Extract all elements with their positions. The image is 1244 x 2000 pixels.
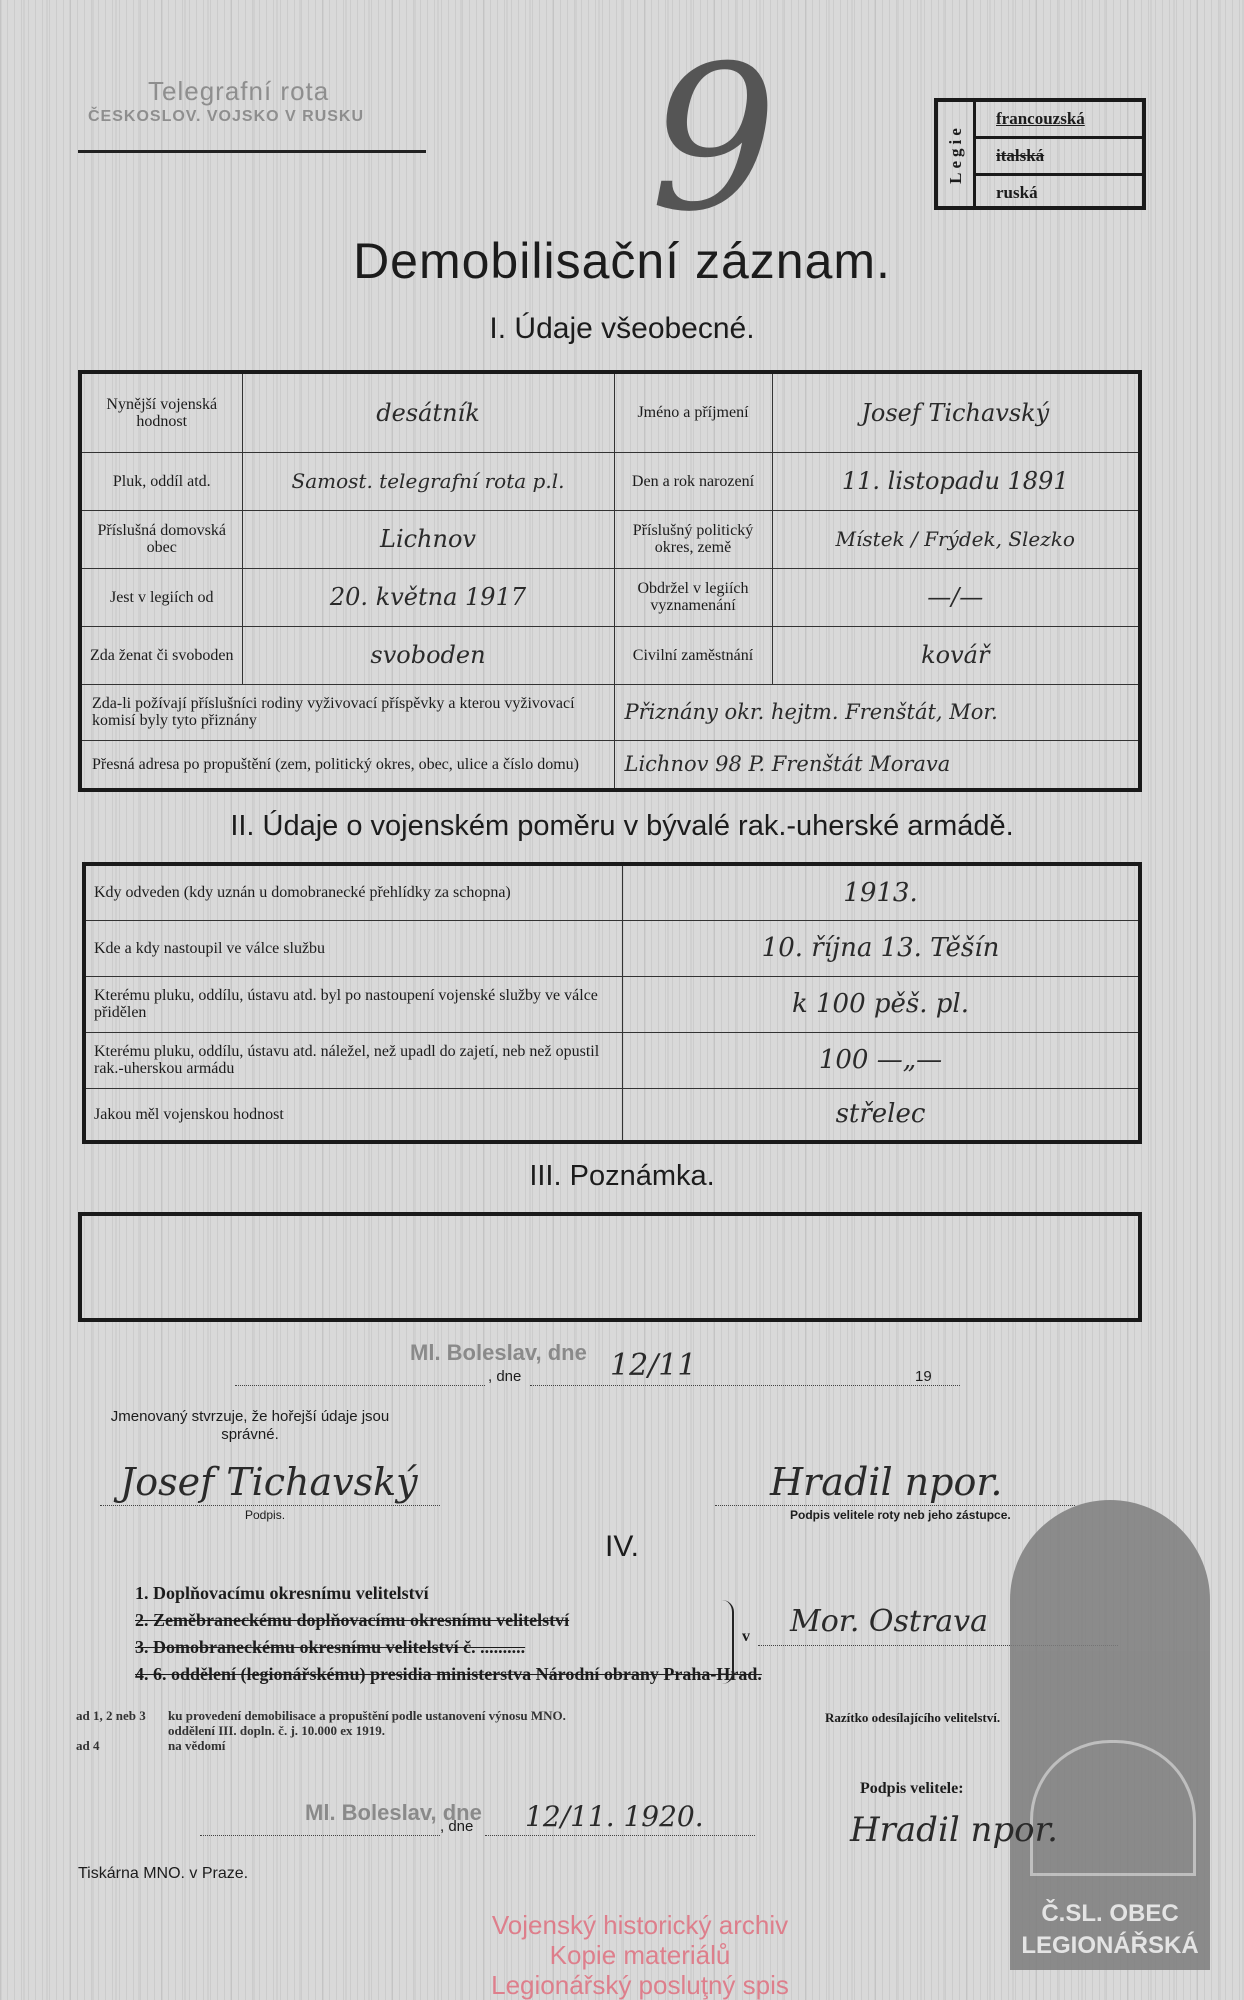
table-row: Příslušná domovská obec Lichnov Příslušn…	[80, 510, 1140, 568]
archive-line3: Legionářský posluţný spis	[380, 1970, 900, 2000]
last-unit-value: 100 —„—	[623, 1032, 1141, 1088]
note-box	[78, 1212, 1142, 1322]
table-row: Kterému pluku, oddílu, ústavu atd. nálež…	[84, 1032, 1140, 1088]
final-commander-signature: Hradil npor.	[850, 1810, 1058, 1850]
archive-line1: Vojenský historický archiv	[380, 1910, 900, 1940]
home-municipality-label: Příslušná domovská obec	[80, 510, 242, 568]
year-prefix: 19	[915, 1368, 932, 1385]
occupation-value: kovář	[772, 626, 1140, 684]
place-line	[235, 1385, 485, 1386]
marital-value: svoboden	[242, 626, 614, 684]
date-prefix: , dne	[488, 1368, 521, 1385]
commander-label: Podpis velitele:	[860, 1780, 964, 1798]
footnote-ad4: ad 4	[76, 1738, 168, 1753]
section1-heading: I. Údaje všeobecné.	[0, 312, 1244, 346]
table-row: Kterému pluku, oddílu, ústavu atd. byl p…	[84, 976, 1140, 1032]
table-row: Kdy odveden (kdy uznán u domobranecké př…	[84, 864, 1140, 920]
district-value: Místek / Frýdek, Slezko	[772, 510, 1140, 568]
archive-line2: Kopie materiálů	[380, 1940, 900, 1970]
service-start-value: 10. října 13. Těšín	[623, 920, 1141, 976]
table-row: Jakou měl vojenskou hodnost střelec	[84, 1088, 1140, 1142]
rank-value: desátník	[242, 372, 614, 452]
signature-line	[100, 1505, 440, 1506]
final-date-line	[485, 1835, 755, 1836]
unit-stamp-line2: ČESKOSLOV. VOJSKO V RUSKU	[88, 104, 428, 130]
archive-stamp: Vojenský historický archiv Kopie materiá…	[380, 1910, 900, 2000]
v-label: v	[742, 1628, 750, 1646]
former-rank-value: střelec	[623, 1088, 1141, 1142]
commander-caption: Podpis velitele roty neb jeho zástupce.	[790, 1508, 1011, 1522]
emblem-line2: LEGIONÁŘSKÁ	[1010, 1932, 1210, 1960]
home-municipality-value: Lichnov	[242, 510, 614, 568]
address-value: Lichnov 98 P. Frenštát Morava	[614, 740, 1140, 790]
legie-side-label: Legie	[938, 102, 976, 206]
last-unit-label: Kterému pluku, oddílu, ústavu atd. nálež…	[84, 1032, 623, 1088]
signature-caption: Podpis.	[245, 1508, 285, 1522]
regiment-label: Pluk, oddíl atd.	[80, 452, 242, 510]
table-row: Zda ženat či svoboden svoboden Civilní z…	[80, 626, 1140, 684]
document-page: Telegrafní rota ČESKOSLOV. VOJSKO V RUSK…	[0, 0, 1244, 2000]
former-rank-label: Jakou měl vojenskou hodnost	[84, 1088, 623, 1142]
legionnaire-signature: Josef Tichavský	[120, 1460, 418, 1504]
military-service-table: Kdy odveden (kdy uznán u domobranecké př…	[82, 862, 1142, 1144]
footnote-text1: ku provedení demobilisace a propuštění p…	[168, 1708, 578, 1738]
legion-emblem-stamp: Č.SL. OBEC LEGIONÁŘSKÁ	[1010, 1500, 1210, 1970]
stamp-label: Razítko odesílajícího velitelství.	[825, 1710, 1000, 1726]
final-place-line	[200, 1835, 440, 1836]
footnote: ad 1, 2 neb 3ku provedení demobilisace a…	[76, 1708, 578, 1753]
occupation-label: Civilní zaměstnání	[614, 626, 772, 684]
family-allowance-value: Přiznány okr. hejtm. Frenštát, Mor.	[614, 684, 1140, 740]
final-date-prefix: , dne	[440, 1818, 473, 1835]
decorations-label: Obdržel v legiích vyznamenání	[614, 568, 772, 626]
legie-option-italian: italská	[976, 139, 1142, 176]
footnote-text4: na vědomí	[168, 1738, 225, 1753]
conscription-value: 1913.	[623, 864, 1141, 920]
document-title: Demobilisační záznam.	[0, 232, 1244, 290]
district-label: Příslušný politický okres, země	[614, 510, 772, 568]
birth-label: Den a rok narození	[614, 452, 772, 510]
marital-label: Zda ženat či svoboden	[80, 626, 242, 684]
table-row: Nynější vojenská hodnost desátník Jméno …	[80, 372, 1140, 452]
section2-heading: II. Údaje o vojenském poměru v bývalé ra…	[0, 810, 1244, 843]
legie-option-french: francouzská	[976, 102, 1142, 139]
conscription-label: Kdy odveden (kdy uznán u domobranecké př…	[84, 864, 623, 920]
name-value: Josef Tichavský	[772, 372, 1140, 452]
final-date-value: 12/11. 1920.	[525, 1800, 704, 1833]
file-number: 9	[650, 40, 777, 240]
date-line	[530, 1385, 960, 1386]
table-row: Kde a kdy nastoupil ve válce službu 10. …	[84, 920, 1140, 976]
family-allowance-label: Zda-li požívají příslušníci rodiny vyživ…	[80, 684, 614, 740]
legie-option-russian: ruská	[976, 176, 1142, 210]
recipient-item: 3. Domobraneckému okresnímu velitelství …	[135, 1634, 762, 1661]
assigned-unit-label: Kterému pluku, oddílu, ústavu atd. byl p…	[84, 976, 623, 1032]
legion-since-label: Jest v legiích od	[80, 568, 242, 626]
table-row: Zda-li požívají příslušníci rodiny vyživ…	[80, 684, 1140, 740]
date-value: 12/11	[610, 1348, 696, 1383]
address-label: Přesná adresa po propuštění (zem, politi…	[80, 740, 614, 790]
unit-stamp-line1: Telegrafní rota	[88, 78, 428, 104]
service-start-label: Kde a kdy nastoupil ve válce službu	[84, 920, 623, 976]
commander-line	[715, 1505, 1075, 1506]
table-row: Přesná adresa po propuštění (zem, politi…	[80, 740, 1140, 790]
brace	[718, 1600, 734, 1684]
name-label: Jméno a příjmení	[614, 372, 772, 452]
table-row: Jest v legiích od 20. května 1917 Obdrže…	[80, 568, 1140, 626]
assigned-unit-value: k 100 pěš. pl.	[623, 976, 1141, 1032]
unit-stamp: Telegrafní rota ČESKOSLOV. VOJSKO V RUSK…	[88, 78, 428, 130]
legie-box: Legie francouzská italská ruská	[934, 98, 1146, 210]
birth-value: 11. listopadu 1891	[772, 452, 1140, 510]
destination-value: Mor. Ostrava	[790, 1604, 988, 1639]
recipient-item: 1. Doplňovacímu okresnímu velitelství	[135, 1580, 762, 1607]
commander-signature: Hradil npor.	[770, 1460, 1002, 1504]
confirmation-text: Jmenovaný stvrzuje, že hořejší údaje jso…	[110, 1408, 390, 1444]
table-row: Pluk, oddíl atd. Samost. telegrafní rota…	[80, 452, 1140, 510]
printer-note: Tiskárna MNO. v Praze.	[78, 1865, 248, 1883]
footnote-ad1: ad 1, 2 neb 3	[76, 1708, 168, 1738]
emblem-line1: Č.SL. OBEC	[1010, 1900, 1210, 1928]
general-info-table: Nynější vojenská hodnost desátník Jméno …	[78, 370, 1142, 792]
recipient-list: 1. Doplňovacímu okresnímu velitelství 2.…	[135, 1580, 762, 1688]
recipient-item: 4. 6. oddělení (legionářskému) presidia …	[135, 1661, 762, 1688]
coat-of-arms-icon	[1030, 1740, 1196, 1876]
place-stamp: Ml. Boleslav, dne	[410, 1340, 587, 1366]
header-rule	[78, 150, 426, 153]
rank-label: Nynější vojenská hodnost	[80, 372, 242, 452]
section3-heading: III. Poznámka.	[0, 1160, 1244, 1193]
recipient-item: 2. Zeměbraneckému doplňovacímu okresnímu…	[135, 1607, 762, 1634]
legion-since-value: 20. května 1917	[242, 568, 614, 626]
decorations-value: —/—	[772, 568, 1140, 626]
regiment-value: Samost. telegrafní rota p.l.	[242, 452, 614, 510]
